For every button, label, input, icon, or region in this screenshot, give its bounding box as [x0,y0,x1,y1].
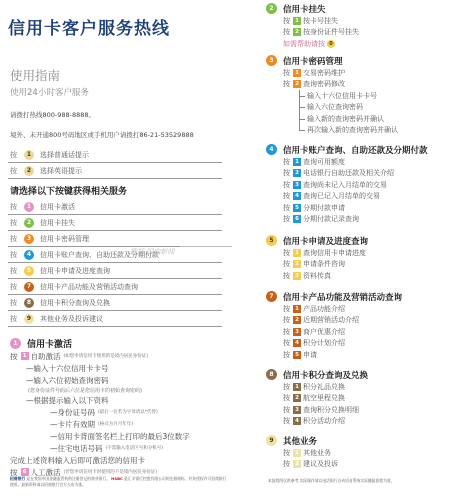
section-heading: 4 信用卡账户查询、自助还款及分期付款 [266,143,428,156]
press-label: 按 [283,203,290,213]
language-menu: 按 1 选择普通话提示 按 2 选择英语提示 [8,147,222,179]
key-4-icon: 4 [293,339,301,347]
brand-name: 招商银行 [10,476,25,481]
section-points: 8 信用卡积分查询及兑换 按1积分礼品兑换 按2航空里程兑换 按3查询积分兑换明… [266,368,368,427]
key-9-icon: 9 [266,435,277,446]
option-label: 信用卡申请及进度查询 [40,266,110,276]
option-label: 信用卡挂失 [40,218,75,228]
press-label: 按 [283,259,290,269]
service-option-lost[interactable]: 按 2 信用卡挂失 [8,215,222,231]
option-label: 信用卡积分查询及兑换 [40,298,110,308]
detail-row: —信用卡背面签名栏上打印的最后3位数字 [10,430,228,442]
item-label: 电话银行自助还款及相关介绍 [303,168,394,178]
item-label: 近期营销活动介绍 [303,315,359,325]
key-1-icon: 1 [293,69,301,77]
press-label: 按 [8,314,24,324]
key-5-icon: 5 [24,266,34,276]
menu-item[interactable]: 按3查询尚未记入月结单的交易 [266,179,428,191]
section-heading: 8 信用卡积分查询及兑换 [266,368,368,381]
guide-subtitle: 使用24小时客户服务 [10,86,89,98]
menu-item[interactable]: 按4积分计划介绍 [266,338,402,350]
menu-item[interactable]: 按2建议及投诉 [266,459,338,471]
section-title: 信用卡申请及进度查询 [283,235,368,247]
item-label: 分期付款申请 [303,203,345,213]
key-1-icon: 1 [293,383,301,391]
key-1-icon: 1 [293,17,301,25]
item-label: 商户优惠介绍 [303,327,345,337]
step-text: 输入六位查询密码 [299,102,398,114]
menu-item[interactable]: 按 1 交易密码维护 [266,67,398,79]
key-1-icon: 1 [21,352,29,360]
item-label: 申请 [303,350,317,360]
divider [180,246,232,247]
key-0-icon: 0 [327,40,335,48]
right-column: 2 信用卡挂失 按 1 按卡号挂失 按 2 按身份证件号挂失 如需帮助请按 0 … [232,0,464,500]
press-label: 按 [283,191,290,201]
press-label: 按 [283,79,290,89]
section-title: 其他业务 [283,435,317,447]
option-label: 信用卡激活 [40,202,75,212]
item-label: 查询积分兑换明细 [303,405,359,415]
menu-item[interactable]: 按1查询信用卡申请进度 [266,247,368,259]
key-2-icon: 2 [266,3,277,14]
service-option-apply[interactable]: 按 5 信用卡申请及进度查询 [8,263,222,279]
key-7-icon: 7 [266,291,277,302]
auto-activation-row[interactable]: 按 1 自助激活 (如您申请信用卡使用的是境内居民身份证) [10,350,228,362]
footnote-text: 是在我国中国金融监管机构注册登记的商业银行。 [26,476,110,481]
footnote-left: 招商银行 是在我国中国金融监管机构注册登记的商业银行。 HSBC 是汇丰银行控股… [10,476,228,488]
item-label: 其他业务 [303,448,331,458]
item-label: 查询密码修改 [303,79,345,89]
section-apply: 5 信用卡申请及进度查询 按1查询信用卡申请进度 按2申请条件咨询 按3资料传真 [266,234,368,282]
section-title: 信用卡积分查询及兑换 [283,369,368,381]
menu-item[interactable]: 按4查询已记入月结单的交易 [266,191,428,203]
option-label: 选择普通话提示 [40,150,89,160]
menu-item[interactable]: 按6分期付款记录查询 [266,214,428,226]
menu-item[interactable]: 按5申请 [266,349,402,361]
manual-activation-note: (若您申请信用卡时使用的不是境内居民身份证) [64,469,158,475]
key-2-icon: 2 [293,316,301,324]
menu-item[interactable]: 按5分期付款申请 [266,202,428,214]
key-5-icon: 5 [293,351,301,359]
section-heading: 1 信用卡激活 [10,337,228,350]
item-label: 产品功能介绍 [303,304,345,314]
item-label: 资料传真 [303,271,331,281]
key-1-icon: 1 [293,305,301,313]
press-label: 按 [283,416,290,426]
key-2-icon: 2 [24,166,34,176]
key-1-icon: 1 [24,202,34,212]
step-dash: — [50,432,58,441]
press-label: 按 [283,459,290,469]
press-label: 按 [283,448,290,458]
step-dash: — [26,364,34,373]
key-3-icon: 3 [266,55,277,66]
item-label: 查询可用额度 [303,157,345,167]
press-label: 按 [283,68,290,78]
press-label: 按 [283,350,290,360]
step-dash: — [50,444,58,453]
item-label: 查询尚未记入月结单的交易 [303,180,387,190]
detail-text: 住宅电话号码 [58,443,103,454]
press-label: 按 [283,157,290,167]
press-label: 按 [283,16,290,26]
key-1-icon: 1 [293,449,301,457]
key-1-icon: 1 [24,150,34,160]
step-text: 根据提示输入以下资料 [34,395,109,406]
item-label: 按卡号挂失 [303,16,338,26]
option-label: 选择英语提示 [40,166,82,176]
menu-item[interactable]: 按3商户优惠介绍 [266,326,402,338]
help-item[interactable]: 如需帮助请按 0 [266,38,359,50]
item-label: 积分计划介绍 [303,338,345,348]
press-label: 按 [8,234,24,244]
menu-item[interactable]: 按4积分活动介绍 [266,416,368,428]
menu-item[interactable]: 按1产品功能介绍 [266,303,402,315]
menu-item[interactable]: 按3查询积分兑换明细 [266,404,368,416]
section-heading: 9 其他业务 [266,434,338,447]
key-8-icon: 8 [266,369,277,380]
footnote-right: 本流程图仅供参考,实际操作请以电话银行自动语音系统实际播报流程为准。 [268,478,460,484]
key-5-icon: 5 [293,204,301,212]
press-label: 按 [283,393,290,403]
press-label: 按 [283,180,290,190]
key-4-icon: 4 [24,250,34,260]
section-title: 信用卡挂失 [283,3,326,15]
key-2-icon: 2 [293,169,301,177]
press-label: 按 [8,266,24,276]
key-4-icon: 4 [266,144,277,155]
key-3-icon: 3 [293,406,301,414]
key-8-icon: 8 [24,298,34,308]
press-label: 按 [283,27,290,37]
press-label: 按 [8,298,24,308]
language-option-mandarin[interactable]: 按 1 选择普通话提示 [8,147,222,163]
detail-text: 卡片有效期 [58,419,96,430]
section-product: 7 信用卡产品功能及营销活动查询 按1产品功能介绍 按2近期营销活动介绍 按3商… [266,290,402,361]
step-text: 输入新的查询密码并确认 [299,113,398,125]
step-row: —输入十六位信用卡卡号 [10,362,228,374]
section-heading: 5 信用卡申请及进度查询 [266,234,368,247]
press-label: 按 [8,202,24,212]
key-2-icon: 2 [293,260,301,268]
service-option-activation[interactable]: 按 1 信用卡激活 [8,199,222,215]
key-3-icon: 3 [24,234,34,244]
press-label: 按 [283,304,290,314]
pin-note: (您身份证件号码后六位是您信用卡的初始查询密码) [10,386,228,394]
press-label: 按 [8,282,24,292]
menu-item[interactable]: 按2航空里程兑换 [266,393,368,405]
menu-item[interactable]: 按 1 按卡号挂失 [266,15,359,27]
complete-text: 完成上述资料输入后即可激活您的信用卡 [10,454,228,466]
section-account: 4 信用卡账户查询、自助还款及分期付款 按1查询可用额度 按2电话银行自助还款及… [266,143,428,225]
item-label: 查询已记入月结单的交易 [303,191,380,201]
section-lost: 2 信用卡挂失 按 1 按卡号挂失 按 2 按身份证件号挂失 如需帮助请按 0 [266,2,359,50]
section-other: 9 其他业务 按1其他业务 按2建议及投诉 [266,434,338,470]
step-dash: — [26,376,34,385]
section-heading: 2 信用卡挂失 [266,2,359,15]
service-option-other[interactable]: 按 9 其他业务及投诉建议 [8,311,222,327]
key-6-icon: 6 [293,215,301,223]
press-label: 按 [283,248,290,258]
auto-activation-label: 自助激活 [31,351,61,362]
step-text: 再次输入新的查询密码并确认 [299,125,398,137]
detail-note: (最后一位若为字母请以*代替) [98,409,158,415]
menu-item[interactable]: 按 2 按身份证件号挂失 [266,27,359,39]
section-title: 信用卡密码管理 [283,55,343,67]
step-dash: — [50,408,58,417]
section-heading: 7 信用卡产品功能及营销活动查询 [266,290,402,303]
hotline-text: 请拨打热线800-988-8888。 [10,110,95,119]
key-4-icon: 4 [293,192,301,200]
section-password: 3 信用卡密码管理 按 1 交易密码维护 按 2 查询密码修改 输入十六位信用卡… [266,54,398,136]
password-steps: 输入十六位信用卡卡号 输入六位查询密码 输入新的查询密码并确认 再次输入新的查询… [266,90,398,136]
detail-row: —身份证号码 (最后一位若为字母请以*代替) [10,406,228,418]
detail-row: —住宅电话号码 (不需输入电话区号和分机号) [10,442,228,454]
auto-activation-note: (如您申请信用卡使用的是境内居民身份证) [64,353,149,359]
press-label: 按 [8,166,24,176]
menu-item[interactable]: 按2电话银行自助还款及相关介绍 [266,168,428,180]
select-service-heading: 请选择以下按键获得相关服务 [10,184,127,197]
section-heading: 3 信用卡密码管理 [266,54,398,67]
item-label: 交易密码维护 [303,68,345,78]
section-activation: 1 信用卡激活 按 1 自助激活 (如您申请信用卡使用的是境内居民身份证) —输… [10,337,228,478]
key-5-icon: 5 [266,235,277,246]
key-3-icon: 3 [293,181,301,189]
option-label: 信用卡产品功能及营销活动查询 [40,282,138,292]
item-label: 按身份证件号挂失 [303,27,359,37]
key-2-icon: 2 [293,80,301,88]
item-label: 查询信用卡申请进度 [303,248,366,258]
detail-note: (不需输入电话区号和分机号) [106,445,164,451]
press-label: 按 [8,150,24,160]
key-7-icon: 7 [24,282,34,292]
press-label: 按 [283,214,290,224]
page-title: 信用卡客户服务热线 [8,14,170,39]
key-3-icon: 3 [293,328,301,336]
guide-title: 使用指南 [10,66,60,84]
key-2-icon: 2 [293,394,301,402]
section-title: 信用卡账户查询、自助还款及分期付款 [283,144,428,156]
service-menu: 按 1 信用卡激活 按 2 信用卡挂失 按 3 信用卡密码管理 按 4 信用卡账… [8,199,222,327]
key-4-icon: 4 [293,417,301,425]
menu-item[interactable]: 按1其他业务 [266,447,338,459]
step-text: 输入六位初始查询密码 [34,375,109,386]
key-2-icon: 2 [293,28,301,36]
service-option-account[interactable]: 按 4 信用卡账户查询、自助还款及分期付款 [8,247,222,263]
detail-note: (格式为月月年年) [98,421,133,427]
language-option-english[interactable]: 按 2 选择英语提示 [8,163,222,179]
step-dash: — [26,396,34,405]
item-label: 积分礼品兑换 [303,382,345,392]
left-column: 信用卡客户服务热线 使用指南 使用24小时客户服务 请拨打热线800-988-8… [0,0,232,500]
press-label: 按 [283,338,290,348]
help-label: 如需帮助请按 [283,39,325,49]
key-2-icon: 2 [24,218,34,228]
item-label: 建议及投诉 [303,459,338,469]
overseas-hotline-text: 境外、未开通800号码地区或手机用户请拨打86-21-53529888 [10,130,194,139]
key-3-icon: 3 [293,272,301,280]
item-label: 申请条件咨询 [303,259,345,269]
menu-item[interactable]: 按2近期营销活动介绍 [266,315,402,327]
press-label: 按 [8,250,24,260]
press-label: 按 [283,315,290,325]
menu-item[interactable]: 按2申请条件咨询 [266,259,368,271]
item-label: 航空里程兑换 [303,393,345,403]
menu-item[interactable]: 按3资料传真 [266,270,368,282]
step-text: 输入十六位信用卡卡号 [299,90,398,102]
press-label: 按 [283,405,290,415]
section-title: 信用卡产品功能及营销活动查询 [283,291,402,303]
menu-item[interactable]: 按1积分礼品兑换 [266,381,368,393]
detail-text: 身份证号码 [58,407,96,418]
key-9-icon: 9 [24,314,34,324]
service-option-password[interactable]: 按 3 信用卡密码管理 [8,231,222,247]
step-row: —输入六位初始查询密码 [10,374,228,386]
service-option-points[interactable]: 按 8 信用卡积分查询及兑换 [8,295,222,311]
key-1-icon: 1 [293,249,301,257]
key-1-icon: 1 [293,158,301,166]
menu-item[interactable]: 按 2 查询密码修改 [266,79,398,91]
key-2-icon: 2 [293,460,301,468]
step-text: 输入十六位信用卡卡号 [34,363,109,374]
service-option-product[interactable]: 按 7 信用卡产品功能及营销活动查询 [8,279,222,295]
option-label: 信用卡密码管理 [40,234,89,244]
press-label: 按 [10,351,18,362]
item-label: 积分活动介绍 [303,416,345,426]
section-title: 信用卡激活 [27,337,72,350]
detail-text: 信用卡背面签名栏上打印的最后3位数字 [58,431,190,442]
hsbc-brand: HSBC [111,476,123,481]
press-label: 按 [8,218,24,228]
detail-row: —卡片有效期 (格式为月月年年) [10,418,228,430]
item-label: 分期付款记录查询 [303,214,359,224]
step-row: —根据提示输入以下资料 [10,394,228,406]
option-label: 其他业务及投诉建议 [40,314,103,324]
step-dash: — [50,420,58,429]
press-label: 按 [283,327,290,337]
key-1-icon: 1 [10,338,21,349]
menu-item[interactable]: 按1查询可用额度 [266,156,428,168]
watermark: 搜狐 国内新闻 [130,247,174,257]
press-label: 按 [283,168,290,178]
key-6-icon: 6 [21,468,29,476]
press-label: 按 [283,382,290,392]
press-label: 按 [283,271,290,281]
